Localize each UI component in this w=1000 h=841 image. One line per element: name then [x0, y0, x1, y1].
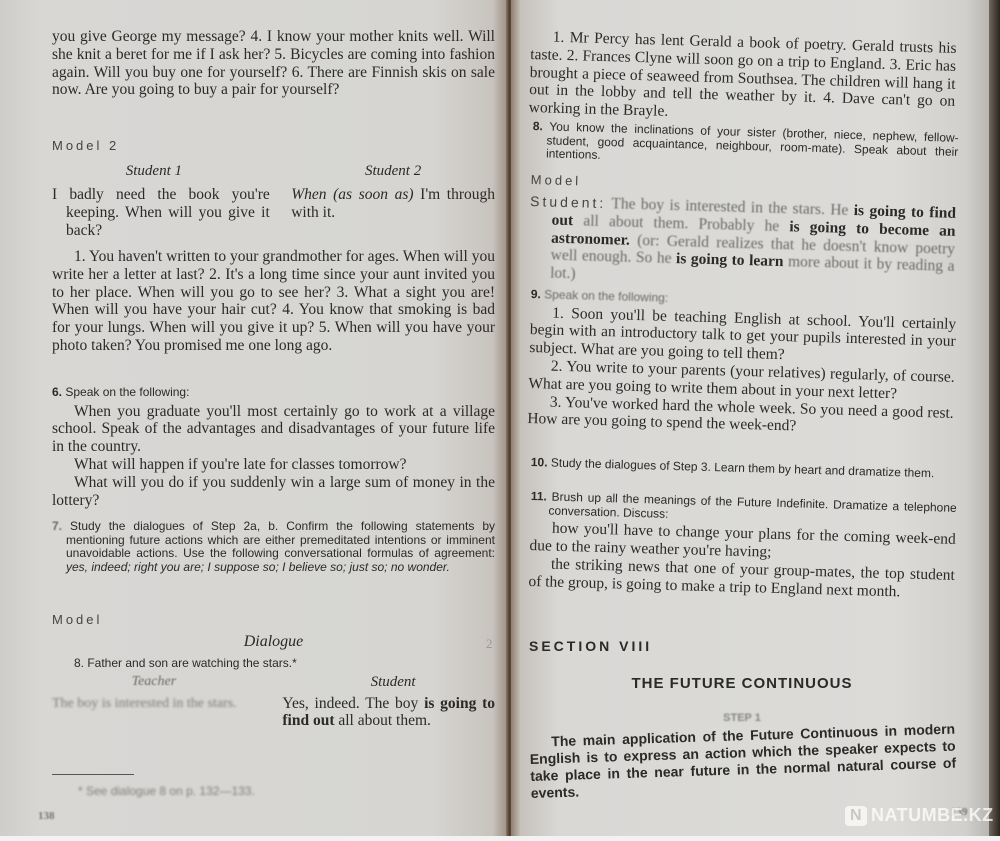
student-2-italic: When (as soon as) — [291, 186, 413, 203]
student-line-pre: Yes, indeed. The boy — [282, 695, 418, 712]
footnote-rule — [52, 774, 134, 775]
exercise-6-number: 6. — [52, 385, 62, 399]
intro-paragraph: The main application of the Future Conti… — [529, 721, 957, 802]
margin-mark: 2 — [486, 636, 493, 652]
exercise-5-text: 1. You haven't written to your grandmoth… — [52, 248, 495, 355]
student-heading: Student — [291, 674, 495, 691]
book-edge — [989, 0, 1000, 841]
left-page: you give George my message? 4. I know yo… — [0, 0, 508, 841]
dialogue-caption: 8. Father and son are watching the stars… — [52, 657, 495, 671]
exercise-8-number: 8. — [533, 119, 543, 133]
dialogue-title: Dialogue — [52, 633, 495, 651]
exercise-7-text: Study the dialogues of Step 2a, b. Confi… — [66, 519, 495, 560]
student-2-line: When (as soon as) I'm through with it. — [283, 186, 495, 239]
exercise-8-block: 8. You know the inclinations of your sis… — [532, 120, 959, 173]
exercise-6-instruction: Speak on the following: — [65, 385, 189, 399]
model-2-block: Model 2 Student 1 Student 2 I badly need… — [52, 138, 495, 239]
left-page-number: 138 — [38, 810, 55, 822]
section-title: SECTION VIII — [529, 638, 652, 654]
watermark: N NATUMBE.KZ — [845, 805, 994, 826]
exercise-5-block: 1. You haven't written to your grandmoth… — [52, 248, 495, 355]
watermark-logo-icon: N — [845, 806, 867, 826]
left-top-paragraph: you give George my message? 4. I know yo… — [52, 28, 495, 99]
exercise-11-number: 11. — [531, 489, 547, 503]
right-top-paragraph-block: 1. Mr Percy has lent Gerald a book of po… — [529, 28, 957, 129]
exercise-6-block: 6. Speak on the following: When you grad… — [52, 386, 495, 509]
exercise-9-block: 9. Speak on the following: 1. Soon you'l… — [527, 288, 957, 440]
intro-paragraph-block: The main application of the Future Conti… — [529, 721, 957, 802]
right-model-label: Student: — [530, 193, 607, 211]
exercise-11-block: 11. Brush up all the meanings of the Fut… — [528, 490, 957, 602]
right-model-bold-3: is going to learn — [676, 250, 784, 270]
footnote-block: * See dialogue 8 on p. 132—133. — [52, 774, 495, 799]
right-model-text: Student: The boy is interested in the st… — [528, 193, 956, 294]
exercise-6-para-1: When you graduate you'll most certainly … — [52, 403, 495, 456]
student-1-heading: Student 1 — [52, 163, 256, 180]
exercise-7-formulas: yes, indeed; right you are; I suppose so… — [66, 560, 450, 574]
exercise-7-block: 7. Study the dialogues of Step 2a, b. Co… — [52, 520, 495, 574]
exercise-10-text: Study the dialogues of Step 3. Learn the… — [551, 456, 935, 481]
exercise-7-number: 7. — [52, 519, 62, 533]
exercise-6-para-2: What will happen if you're late for clas… — [52, 456, 495, 474]
exercise-10-block: 10. Study the dialogues of Step 3. Learn… — [531, 456, 957, 481]
exercise-11-text: Brush up all the meanings of the Future … — [548, 490, 957, 521]
model-heading: Model — [52, 612, 495, 627]
student-1-line: I badly need the book you're keeping. Wh… — [52, 186, 270, 239]
chapter-title: THE FUTURE CONTINUOUS — [529, 675, 955, 692]
footnote: * See dialogue 8 on p. 132—133. — [52, 785, 495, 799]
right-top-paragraph: 1. Mr Percy has lent Gerald a book of po… — [529, 28, 957, 129]
teacher-line: The boy is interested in the stars. — [52, 695, 270, 731]
model-2-heading: Model 2 — [52, 138, 495, 153]
watermark-text: NATUMBE.KZ — [871, 805, 994, 826]
left-top-paragraph-block: you give George my message? 4. I know yo… — [52, 28, 495, 99]
exercise-9-instruction: Speak on the following: — [544, 287, 668, 304]
student-2-heading: Student 2 — [291, 163, 495, 180]
model-dialogue-block: Model Dialogue 8. Father and son are wat… — [52, 612, 495, 730]
bottom-strip — [0, 836, 1000, 841]
exercise-9-number: 9. — [531, 287, 541, 301]
right-model-block: Model Student: The boy is interested in … — [528, 172, 957, 294]
teacher-heading: Teacher — [52, 674, 256, 691]
student-line: Yes, indeed. The boy is going to find ou… — [282, 695, 495, 731]
right-page: 1. Mr Percy has lent Gerald a book of po… — [511, 0, 989, 841]
exercise-10-number: 10. — [531, 455, 548, 469]
exercise-6-para-3: What will you do if you suddenly win a l… — [52, 474, 495, 510]
student-line-post: all about them. — [338, 712, 431, 729]
